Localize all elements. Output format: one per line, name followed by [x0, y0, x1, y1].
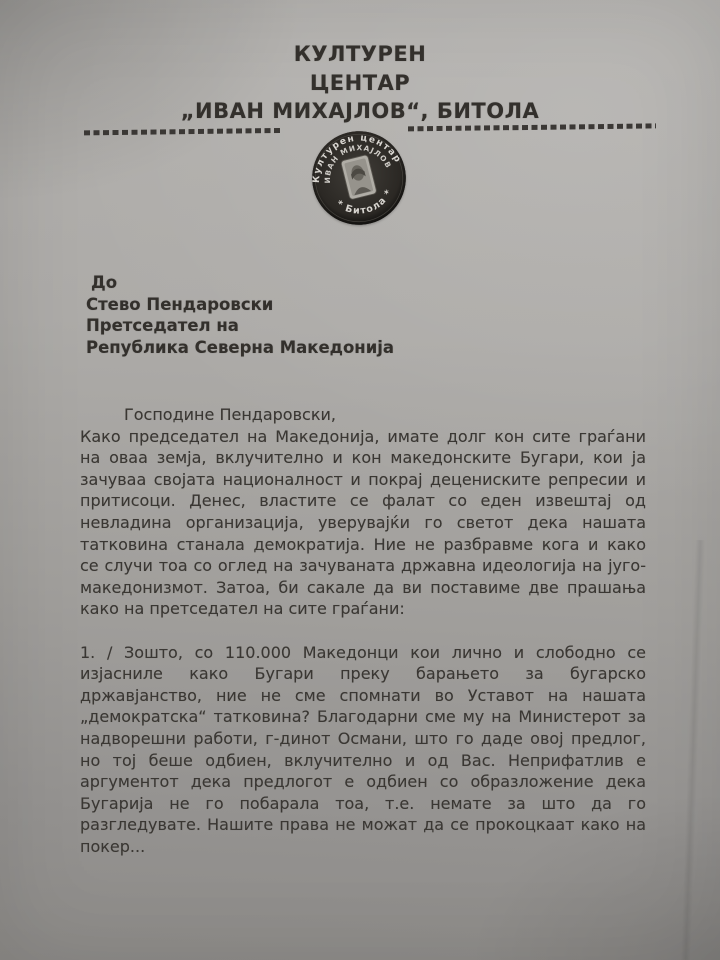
recipient-block: До Стево Пендаровски Претседател на Репу…	[86, 272, 394, 358]
letterhead-line-1: КУЛТУРЕН	[0, 40, 720, 69]
letter-page: КУЛТУРЕН ЦЕНТАР „ИВАН МИХАЈЛОВ“, БИТОЛА	[0, 0, 720, 960]
seal-graphic: Културен центар ИВАН МИХАЈЛОВ * Битола *	[307, 126, 411, 230]
body-line: татковина станала демократија. Ние не ра…	[80, 534, 646, 556]
body-line: надворешни работи, г-динот Османи, што г…	[80, 728, 646, 750]
body-line: како на претседател на сите граѓани:	[80, 598, 646, 620]
body-line: но тој беше одбиен, вклучително и од Вас…	[80, 750, 646, 772]
body-line: македонизмот. Затоа, би сакале да ви пос…	[80, 577, 646, 599]
body-line: невладина организација, уверувајќи го св…	[80, 512, 646, 534]
letterhead-line-3: „ИВАН МИХАЈЛОВ“, БИТОЛА	[0, 97, 720, 126]
body-line: 1. / Зошто, со 110.000 Македонци кои лич…	[80, 642, 646, 664]
recipient-line: Република Северна Македонија	[86, 337, 394, 359]
body-line: разгледувате. Нашите права не можат да с…	[80, 814, 646, 836]
body-line: Како председател на Македонија, имате до…	[80, 426, 646, 448]
body-line: Бугарија не го побарала тоа, т.е. немате…	[80, 793, 646, 815]
dashed-divider-left-segment	[84, 128, 280, 135]
letter-photo: { "letterhead": { "line1": "КУЛТУРЕН", "…	[0, 0, 720, 960]
letter-body: Господине Пендаровски, Како председател …	[80, 404, 646, 857]
paragraph-gap	[80, 620, 646, 642]
recipient-line: Стево Пендаровски	[86, 294, 394, 316]
body-line: притисоци. Денес, властите се фалат со е…	[80, 490, 646, 512]
paper-crease	[681, 540, 706, 960]
body-line: државјанство, ние не сме спомнати во Уст…	[80, 685, 646, 707]
body-line: на оваа земја, вклучително и кон македон…	[80, 447, 646, 469]
letterhead-line-2: ЦЕНТАР	[0, 69, 720, 98]
body-line: покер...	[80, 836, 646, 858]
body-line: изјасниле како Бугари преку барањето за …	[80, 663, 646, 685]
recipient-line: До	[86, 272, 394, 294]
body-line: зачуваа својата националност и покрај де…	[80, 469, 646, 491]
salutation: Господине Пендаровски,	[80, 404, 646, 426]
letterhead: КУЛТУРЕН ЦЕНТАР „ИВАН МИХАЈЛОВ“, БИТОЛА	[0, 40, 720, 126]
body-line: се случи тоа со оглед на зачуваната држа…	[80, 555, 646, 577]
organization-seal: Културен центар ИВАН МИХАЈЛОВ * Битола *	[307, 126, 411, 230]
body-line: аргументот дека предлогот е одбиен со об…	[80, 771, 646, 793]
body-line: „демократска“ татковина? Благодарни сме …	[80, 706, 646, 728]
recipient-line: Претседател на	[86, 315, 394, 337]
